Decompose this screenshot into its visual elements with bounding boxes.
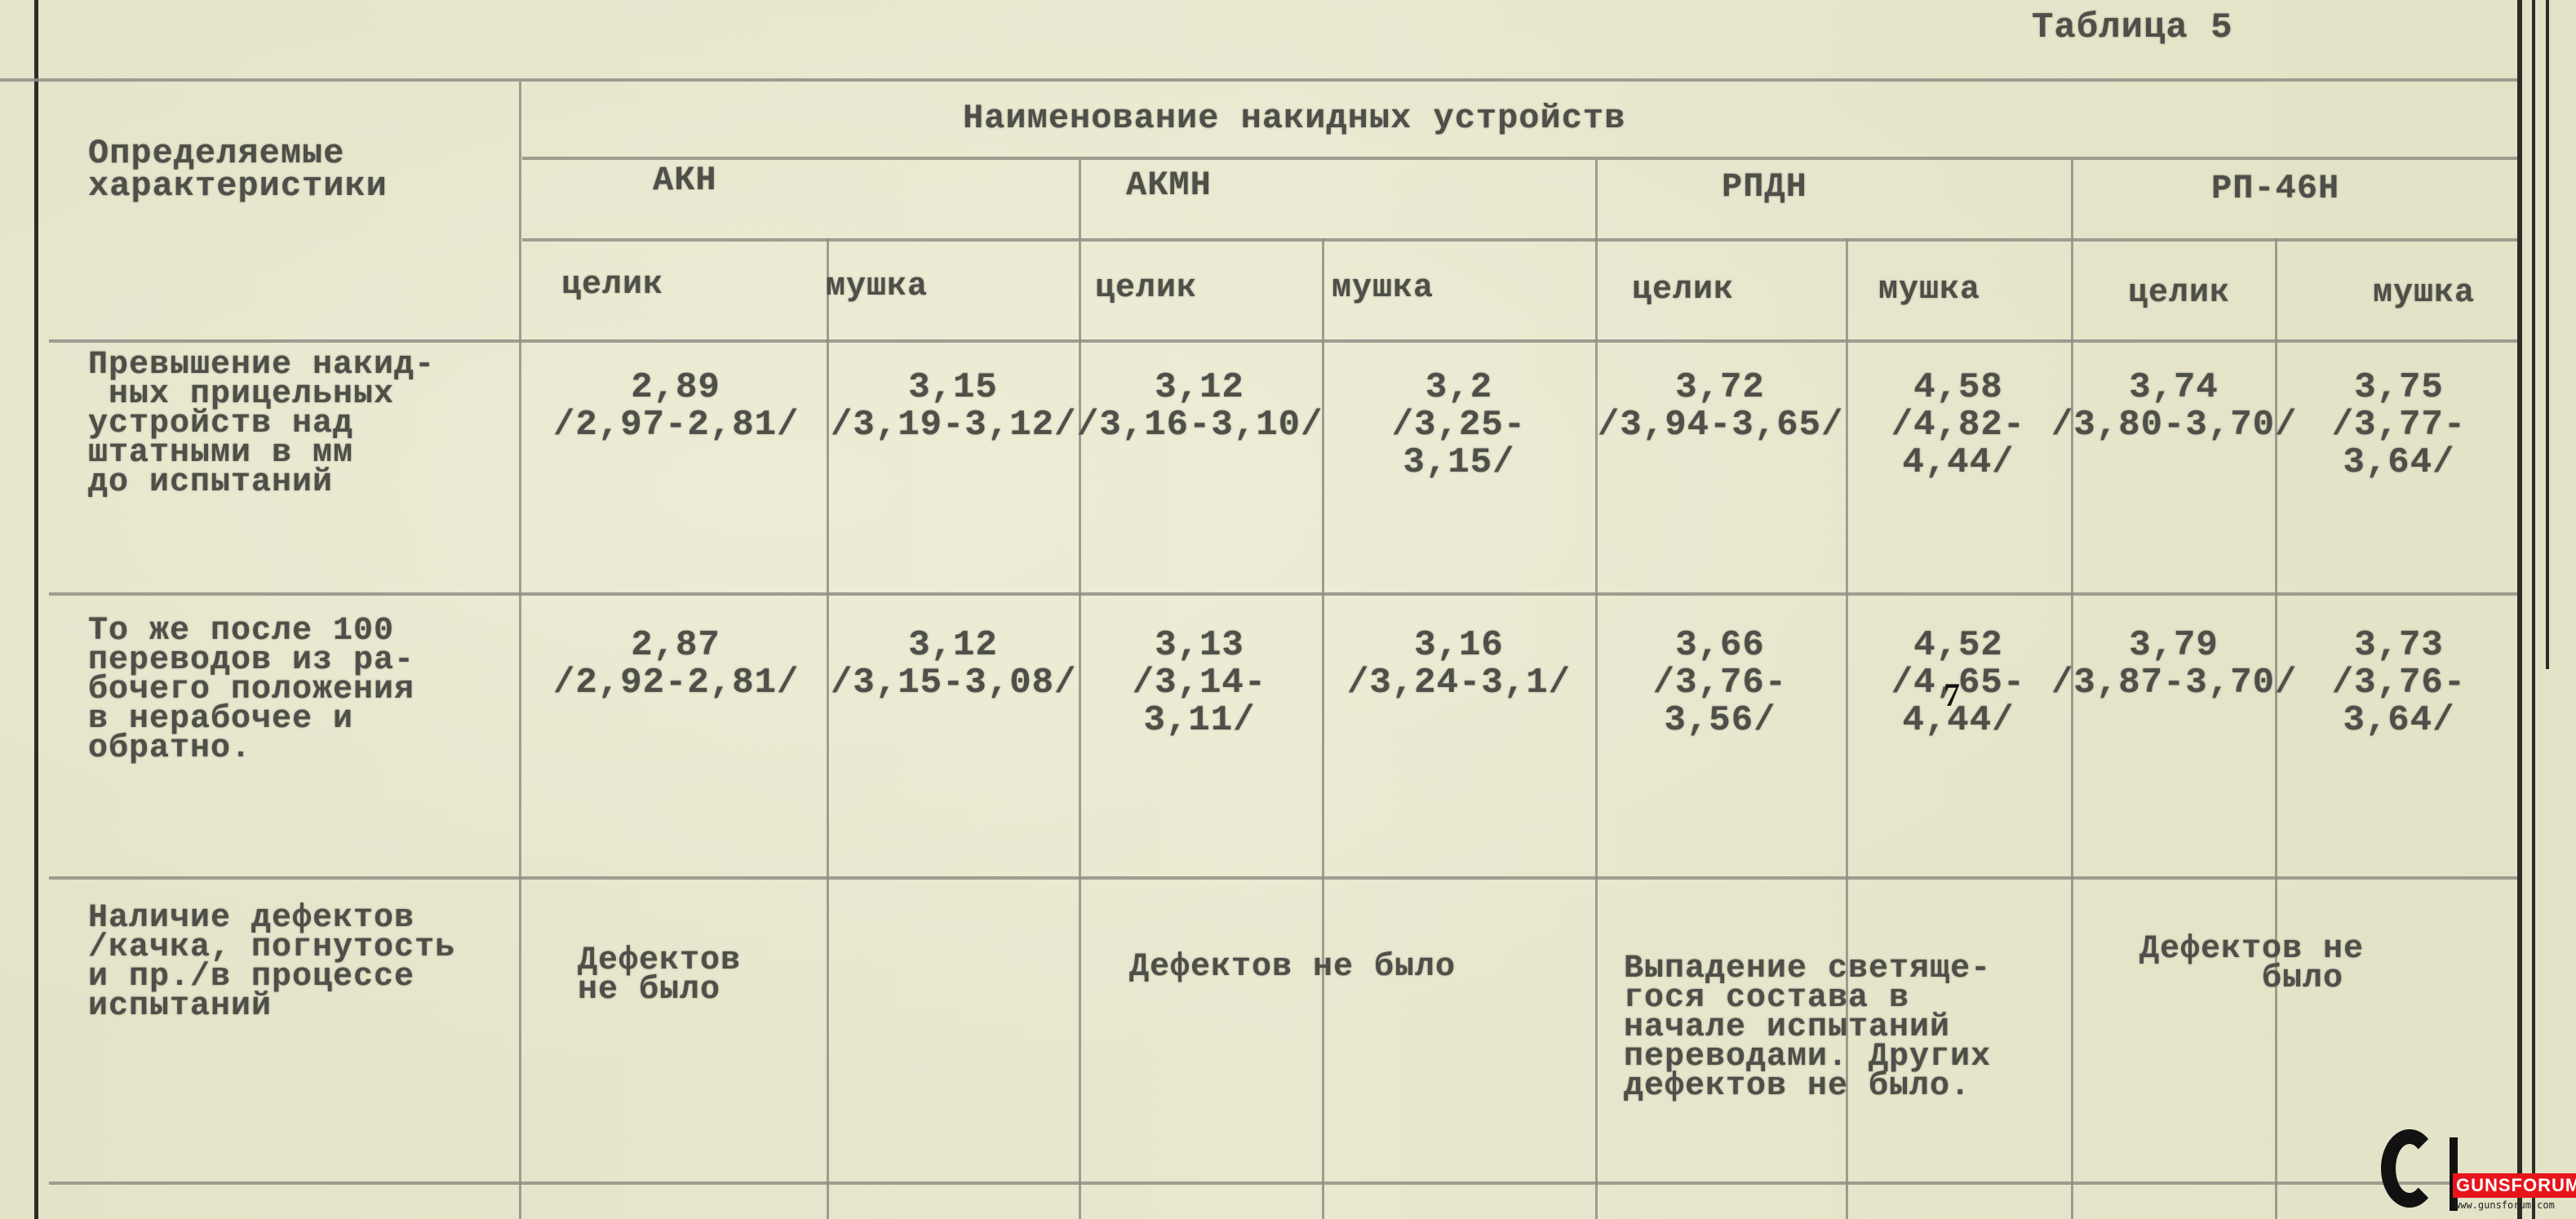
value-range: /3,76- 3,64/ [2277, 664, 2521, 739]
subcol-akn-front-sight: мушка [826, 271, 928, 304]
row3-label: Наличие дефектов /качка, погнутость и пр… [88, 904, 455, 1022]
right-border-line-2 [2532, 0, 2535, 1219]
mean-value: 2,89 [553, 369, 798, 406]
col-divider-akmn [1322, 238, 1324, 1219]
measurement-cell: 3,74/3,80-3,70/ [2051, 369, 2296, 444]
left-border-line [34, 0, 38, 1219]
value-range: /3,14- 3,11/ [1077, 664, 1322, 739]
right-border-line [2517, 0, 2522, 1219]
value-range: /3,19-3,12/ [831, 406, 1075, 444]
value-range: /3,24-3,1/ [1337, 664, 1581, 702]
remark-akn: Дефектов не было [578, 946, 741, 1005]
value-range: /4,82- 4,44/ [1836, 406, 2081, 481]
value-range: /3,25- 3,15/ [1337, 406, 1581, 481]
mean-value: 3,12 [1077, 369, 1322, 406]
measurement-cell: 3,75/3,77- 3,64/ [2277, 369, 2521, 481]
subcol-rpdn-rear-sight: целик [1632, 274, 1734, 307]
value-range: /3,77- 3,64/ [2277, 406, 2521, 481]
mean-value: 3,79 [2051, 627, 2296, 664]
mean-value: 2,87 [553, 627, 798, 664]
mean-value: 4,58 [1836, 369, 2081, 406]
measurement-cell: 3,16/3,24-3,1/ [1337, 627, 1581, 702]
value-range: /3,16-3,10/ [1077, 406, 1322, 444]
mean-value: 3,72 [1598, 369, 1842, 406]
subcol-akmn-rear-sight: целик [1095, 273, 1197, 305]
watermark-brand: GUNSFORUM [2453, 1173, 2576, 1198]
watermark-g-logo-icon [2381, 1129, 2438, 1208]
value-range: /3,87-3,70/ [2051, 664, 2296, 702]
device-header-rule [522, 238, 2517, 242]
row2-bottom-rule [49, 876, 2517, 880]
mean-value: 3,13 [1077, 627, 1322, 664]
mean-value: 3,75 [2277, 369, 2521, 406]
mean-value: 3,73 [2277, 627, 2521, 664]
device-header-akn: АКН [653, 163, 717, 197]
row3-bottom-rule [49, 1181, 2517, 1185]
mean-value: 3,12 [831, 627, 1075, 664]
mean-value: 3,74 [2051, 369, 2296, 406]
col-divider-akn [827, 238, 829, 1219]
row2-label: То же после 100 переводов из ра- бочего … [88, 617, 415, 764]
device-header-rpdn: РПДН [1722, 170, 1807, 204]
scanned-document-page: Таблица 5 Определяемые характеристики На… [0, 0, 2576, 1219]
measurement-cell: 3,12/3,16-3,10/ [1077, 369, 1322, 444]
measurement-cell: 2,87/2,92-2,81/ [553, 627, 798, 702]
value-range: /2,97-2,81/ [553, 406, 798, 444]
device-header-akmn: АКМН [1126, 168, 1212, 202]
remark-rp46: Дефектов не было [2139, 935, 2364, 994]
top-rule [0, 78, 2517, 82]
header-bottom-rule [49, 339, 2517, 343]
value-range: /2,92-2,81/ [553, 664, 798, 702]
subcol-akn-rear-sight: целик [561, 269, 663, 302]
value-range: /3,80-3,70/ [2051, 406, 2296, 444]
measurement-cell: 3,72/3,94-3,65/ [1598, 369, 1842, 444]
value-range: /3,15-3,08/ [831, 664, 1075, 702]
row1-label: Превышение накид- ных прицельных устройс… [88, 351, 435, 498]
mean-value: 3,16 [1337, 627, 1581, 664]
col-divider-label [519, 82, 521, 1219]
measurement-cell: 3,79/3,87-3,70/ [2051, 627, 2296, 702]
measurement-cell: 3,15/3,19-3,12/ [831, 369, 1075, 444]
measurement-cell: 3,73/3,76- 3,64/ [2277, 627, 2521, 739]
mean-value: 3,2 [1337, 369, 1581, 406]
measurement-cell: 3,66/3,76- 3,56/ [1598, 627, 1842, 739]
group-header-rule [522, 157, 2517, 160]
mean-value: 3,15 [831, 369, 1075, 406]
mean-value: 3,66 [1598, 627, 1842, 664]
value-range: /3,76- 3,56/ [1598, 664, 1842, 739]
measurement-cell: 4,58/4,82- 4,44/ [1836, 369, 2081, 481]
measurement-cell: 2,89/2,97-2,81/ [553, 369, 798, 444]
subcol-rpdn-front-sight: мушка [1878, 274, 1980, 307]
group-header: Наименование накидных устройств [963, 101, 1625, 135]
measurement-cell: 3,13/3,14- 3,11/ [1077, 627, 1322, 739]
table-label: Таблица 5 [2032, 10, 2233, 46]
handwritten-correction: 7 [1944, 679, 1961, 711]
right-border-line-3 [2546, 0, 2549, 669]
gunsforum-watermark: GUNSFORUM www.gunsforum.com [2374, 1118, 2570, 1216]
row1-bottom-rule [49, 592, 2517, 596]
watermark-url: www.gunsforum.com [2454, 1199, 2555, 1211]
subcol-rp46-front-sight: мушка [2373, 277, 2475, 310]
subcol-rp46-rear-sight: целик [2128, 277, 2230, 310]
mean-value: 4,52 [1836, 627, 2081, 664]
remark-rpdn: Выпадение светяще- гося состава в начале… [1624, 955, 1991, 1102]
subcol-akmn-front-sight: мушка [1332, 273, 1434, 305]
remark-akmn: Дефектов не было [1129, 953, 1456, 982]
characteristics-header: Определяемые характеристики [88, 137, 388, 202]
value-range: /3,94-3,65/ [1598, 406, 1842, 444]
measurement-cell: 3,2/3,25- 3,15/ [1337, 369, 1581, 481]
measurement-cell: 3,12/3,15-3,08/ [831, 627, 1075, 702]
device-header-rp46: РП-46Н [2211, 171, 2339, 206]
